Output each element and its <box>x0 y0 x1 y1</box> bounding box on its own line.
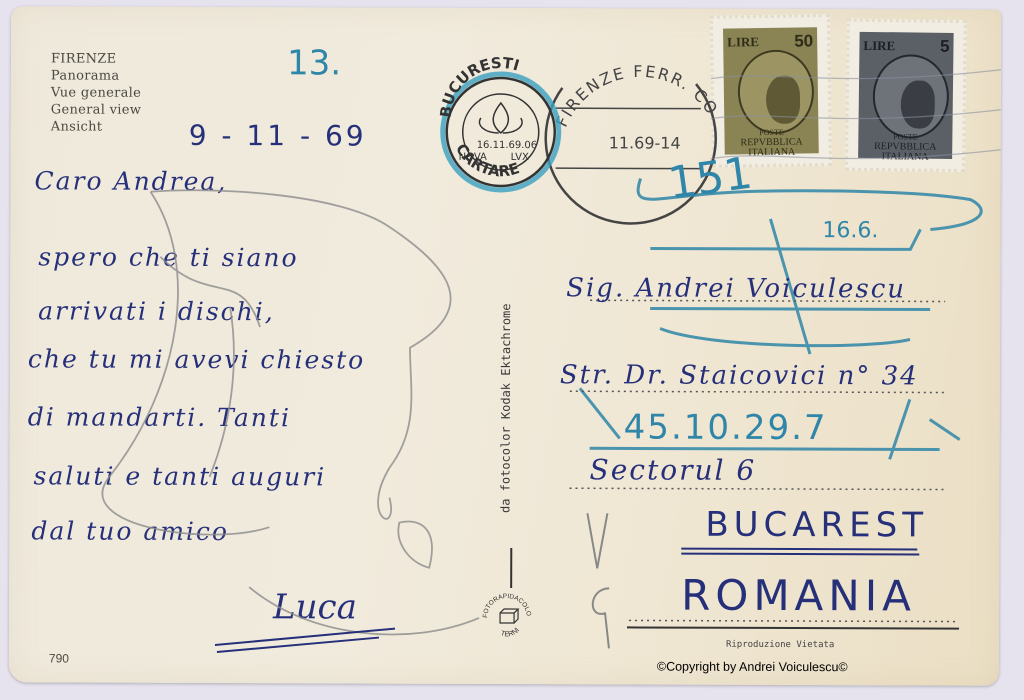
printed-caption: FIRENZE Panorama Vue generale General vi… <box>51 50 142 135</box>
svg-text:CARTARE: CARTARE <box>452 140 522 180</box>
svg-text:45.10.29.7: 45.10.29.7 <box>624 407 828 448</box>
svg-text:16.6.: 16.6. <box>822 218 878 243</box>
bucharest-postmark <box>443 74 559 190</box>
stamp-5-lire: LIRE 5 POSTE REPVBBLICAITALIANA <box>845 19 967 172</box>
stamp-country: REPVBBLICAITALIANA <box>725 137 819 158</box>
letter-line: Caro Andrea, <box>35 166 228 196</box>
letter-line: dal tuo amico <box>31 516 229 546</box>
blue-pencil-marks <box>580 178 982 459</box>
reproduction-notice: Riproduzione Vietata <box>726 640 834 650</box>
copyright-watermark: ©Copyright by Andrei Voiculescu© <box>657 660 848 675</box>
caption-city: FIRENZE <box>51 50 141 67</box>
siracusana-head-icon <box>872 54 949 139</box>
svg-text:TERNI: TERNI <box>500 627 521 638</box>
address-country: ROMANIA <box>681 571 916 621</box>
stamp-currency: LIRE <box>727 34 759 50</box>
stamp-value: 50 <box>794 31 813 51</box>
svg-text:11.69-14: 11.69-14 <box>609 133 681 152</box>
stamp-50-lire: LIRE 50 POSTE REPVBBLICAITALIANA <box>710 14 832 168</box>
catalog-number: 790 <box>49 651 69 665</box>
letter-date: 9 - 11 - 69 <box>189 119 367 153</box>
caption-line: Vue generale <box>51 84 141 101</box>
svg-text:LVX: LVX <box>511 152 529 163</box>
caption-line: Panorama <box>51 67 141 84</box>
recipient-name: Sig. Andrei Voiculescu <box>566 273 906 304</box>
letter-line: spero che ti siano <box>38 242 298 272</box>
stamp-country: REPVBBLICAITALIANA <box>858 142 952 163</box>
address-street: Str. Dr. Staicovici n° 34 <box>560 360 919 391</box>
svg-text:FOTORAPIDACOLOR: FOTORAPIDACOLOR <box>479 588 532 618</box>
address-sector: Sectorul 6 <box>590 453 757 487</box>
letter-line: arrivati i dischi, <box>38 296 275 326</box>
center-divider <box>510 548 512 588</box>
letter-line: di mandarti. Tanti <box>28 402 291 432</box>
svg-text:BUCURESTI: BUCURESTI <box>437 54 522 119</box>
signature: Luca <box>273 587 357 627</box>
photo-credit: da fotocolor Kodak Ektachrome <box>498 303 513 513</box>
caption-line: Ansicht <box>51 118 141 135</box>
stamp-value: 5 <box>940 37 950 57</box>
sequence-number: 13. <box>287 43 341 83</box>
stamp-currency: LIRE <box>863 38 895 54</box>
siracusana-head-icon <box>737 49 814 134</box>
caption-line: General view <box>51 101 141 118</box>
address-city: BUCAREST <box>705 505 928 546</box>
letter-line: saluti e tanti auguri <box>33 461 326 491</box>
publisher-logo-icon: FOTORAPIDACOLOR TERNI <box>479 588 535 644</box>
postcard-back: FIRENZE Panorama Vue generale General vi… <box>9 6 1001 685</box>
stamp-face: LIRE 5 POSTE REPVBBLICAITALIANA <box>858 32 954 159</box>
letter-line: che tu mi avevi chiesto <box>28 344 365 374</box>
stamp-face: LIRE 50 POSTE REPVBBLICAITALIANA <box>723 27 819 154</box>
svg-text:16.11.69.06: 16.11.69.06 <box>477 140 537 151</box>
svg-text:NOVA: NOVA <box>459 152 487 163</box>
